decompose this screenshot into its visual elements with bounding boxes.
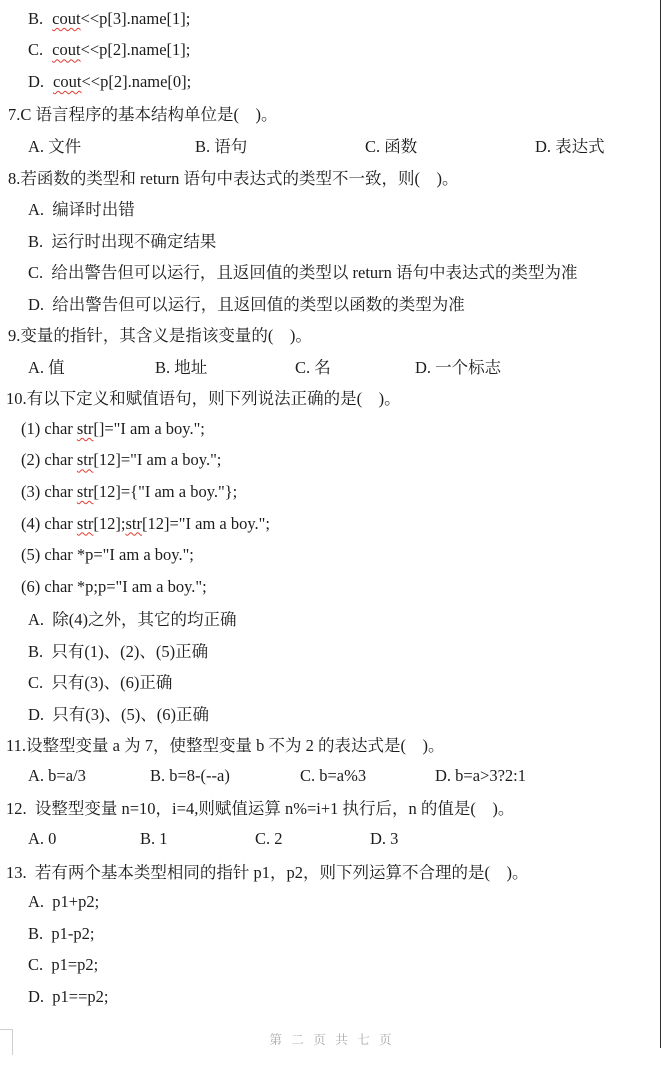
question-10-item-5: (5) char *p="I am a boy."; [0,539,664,571]
question-10-item-6: (6) char *p;p="I am a boy."; [0,571,664,603]
misspelled-word: cout [53,72,81,92]
code-text: [12]="I am a boy."; [93,450,221,470]
question-10-item-1: (1) char str[]="I am a boy."; [0,413,664,445]
question-10-option-a: A. 除(4)之外，其它的均正确 [0,602,664,634]
text-boundary-mark [0,1029,13,1055]
code-text: <<p[3].name[1]; [81,9,191,29]
question-8-option-c: C. 给出警告但可以运行，且返回值的类型以 return 语句中表达式的类型为准 [0,255,664,287]
misspelled-word: str [77,450,94,470]
option-a: A. b=a/3 [28,766,150,786]
question-12-stem: 12. 设整型变量 n=10，i=4,则赋值运算 n%=i+1 执行后，n 的值… [0,792,664,824]
option-c: C. 2 [255,829,370,849]
carryover-option-c: C.cout<<p[2].name[1]; [0,35,664,67]
option-label: B. [28,9,43,29]
question-8-stem: 8.若函数的类型和 return 语句中表达式的类型不一致，则( )。 [0,161,664,193]
option-d: D. b=a>3?2:1 [435,766,526,786]
option-c: C. b=a%3 [300,766,435,786]
carryover-option-b: B.cout<<p[3].name[1]; [0,3,664,35]
question-8-option-b: B. 运行时出现不确定结果 [0,224,664,256]
document-page: B.cout<<p[3].name[1]; C.cout<<p[2].name[… [0,0,664,1069]
question-12-options: A. 0 B. 1 C. 2 D. 3 [0,823,664,855]
option-d: D. 一个标志 [415,354,501,378]
code-text: [12]={"I am a boy."}; [93,482,237,502]
question-11-stem: 11.设整型变量 a 为 7，使整型变量 b 不为 2 的表达式是( )。 [0,729,664,761]
option-b: B. 地址 [155,354,295,378]
misspelled-word: cout [52,9,80,29]
carryover-option-d: D.cout<<p[2].name[0]; [0,66,664,98]
question-8-option-d: D. 给出警告但可以运行，且返回值的类型以函数的类型为准 [0,287,664,319]
code-text: <<p[2].name[0]; [81,72,191,92]
question-10-option-d: D. 只有(3)、(5)、(6)正确 [0,697,664,729]
question-9-stem: 9.变量的指针，其含义是指该变量的( )。 [0,318,664,350]
code-text: (4) char [21,514,77,534]
code-text: [12]; [93,514,125,534]
option-a: A. 值 [28,354,155,378]
option-b: B. 语句 [195,133,365,157]
question-7-options: A. 文件 B. 语句 C. 函数 D. 表达式 [0,129,664,161]
question-9-options: A. 值 B. 地址 C. 名 D. 一个标志 [0,350,664,382]
code-text: (1) char [21,419,77,439]
exam-content: B.cout<<p[3].name[1]; C.cout<<p[2].name[… [0,3,664,1013]
question-11-options: A. b=a/3 B. b=8-(--a) C. b=a%3 D. b=a>3?… [0,760,664,792]
question-13-option-c: C. p1=p2; [0,949,664,981]
page-footer: 第 二 页 共 七 页 [0,1030,664,1048]
misspelled-word: str [77,419,94,439]
misspelled-word: cout [52,40,80,60]
code-text: []="I am a boy."; [93,419,205,439]
option-a: A. 0 [28,829,140,849]
option-c: C. 名 [295,354,415,378]
question-10-stem: 10.有以下定义和赋值语句，则下列说法正确的是( )。 [0,382,664,414]
question-10-option-b: B. 只有(1)、(2)、(5)正确 [0,634,664,666]
option-c: C. 函数 [365,133,535,157]
code-text: <<p[2].name[1]; [81,40,191,60]
question-10-option-c: C. 只有(3)、(6)正确 [0,665,664,697]
question-10-item-3: (3) char str[12]={"I am a boy."}; [0,476,664,508]
question-13-option-d: D. p1==p2; [0,981,664,1013]
question-10-item-2: (2) char str[12]="I am a boy."; [0,445,664,477]
option-b: B. 1 [140,829,255,849]
option-label: C. [28,40,43,60]
code-text: (3) char [21,482,77,502]
option-b: B. b=8-(--a) [150,766,300,786]
misspelled-word: str [77,514,94,534]
question-10-item-4: (4) char str[12];str[12]="I am a boy."; [0,508,664,540]
option-label: D. [28,72,44,92]
question-13-stem: 13. 若有两个基本类型相同的指针 p1，p2，则下列运算不合理的是( )。 [0,855,664,887]
code-text: (2) char [21,450,77,470]
code-text: [12]="I am a boy."; [142,514,270,534]
misspelled-word: str [77,482,94,502]
question-13-option-a: A. p1+p2; [0,886,664,918]
option-a: A. 文件 [28,133,195,157]
option-d: D. 3 [370,829,398,849]
right-edge-scan-line [660,0,661,1048]
misspelled-word: str [125,514,142,534]
option-d: D. 表达式 [535,133,605,157]
question-8-option-a: A. 编译时出错 [0,192,664,224]
question-7-stem: 7.C 语言程序的基本结构单位是( )。 [0,98,664,130]
question-13-option-b: B. p1-p2; [0,918,664,950]
